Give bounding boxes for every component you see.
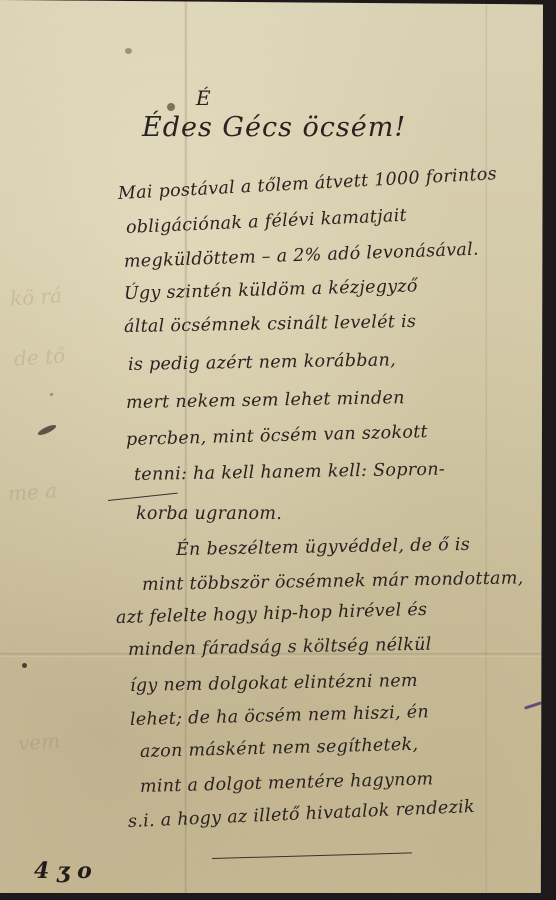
bleed-through-text: de tő [13,343,66,371]
letter-line: lehet; de ha öcsém nem hiszi, én [130,702,430,730]
ink-speck [167,103,175,111]
bleed-through-text: me a [7,478,58,505]
letter-line: mert nekem sem lehet minden [126,388,405,413]
letter-salutation: Édes Gécs öcsém! [142,112,406,143]
letter-line: korba ugranom. [136,504,282,524]
bleed-through-text: vem [17,729,61,756]
closing-rule [212,852,412,859]
letter-line: mint többször öcsémnek már mondottam, [142,568,524,595]
ink-speck [22,663,27,668]
letter-line: megküldöttem – a 2% adó levonásával. [124,240,480,272]
purple-ink-stroke [524,701,542,709]
letter-accent-mark: É [196,86,212,110]
letter-line: obligációnak a félévi kamatjait [126,206,408,238]
letter-line: által öcsémnek csinált levelét is [124,312,417,337]
letter-line: azt felelte hogy hip-hop hirével és [116,600,428,628]
bleed-through-text: kö rá [9,283,63,311]
letter-line: tenni: ha kell hanem kell: Sopron- [134,460,445,485]
letter-sheet: kö rá de tő me a vem É Édes Gécs öcsém! … [0,0,543,893]
photo-frame: kö rá de tő me a vem É Édes Gécs öcsém! … [0,0,556,900]
letter-line: Mai postával a tőlem átvett 1000 forinto… [117,164,497,204]
letter-line: percben, mint öcsém van szokott [126,422,428,450]
letter-line: is pedig azért nem korábban, [128,350,396,375]
ink-speck [50,393,53,396]
ink-speck [125,48,132,54]
letter-line: azon másként nem segíthetek, [140,735,419,762]
letter-line: Úgy szintén küldöm a kézjegyző [124,276,418,304]
ink-blot [37,423,58,437]
right-fold-crease [485,0,488,893]
flourish-stroke [108,493,178,501]
bottom-left-ink-mark: 4 ʒ o [34,858,92,884]
letter-line: Én beszéltem ügyvéddel, de ő is [176,535,470,560]
letter-line: s.i. a hogy az illető hivatalok rendezik [128,797,476,832]
letter-line: így nem dolgokat elintézni nem [130,671,418,696]
